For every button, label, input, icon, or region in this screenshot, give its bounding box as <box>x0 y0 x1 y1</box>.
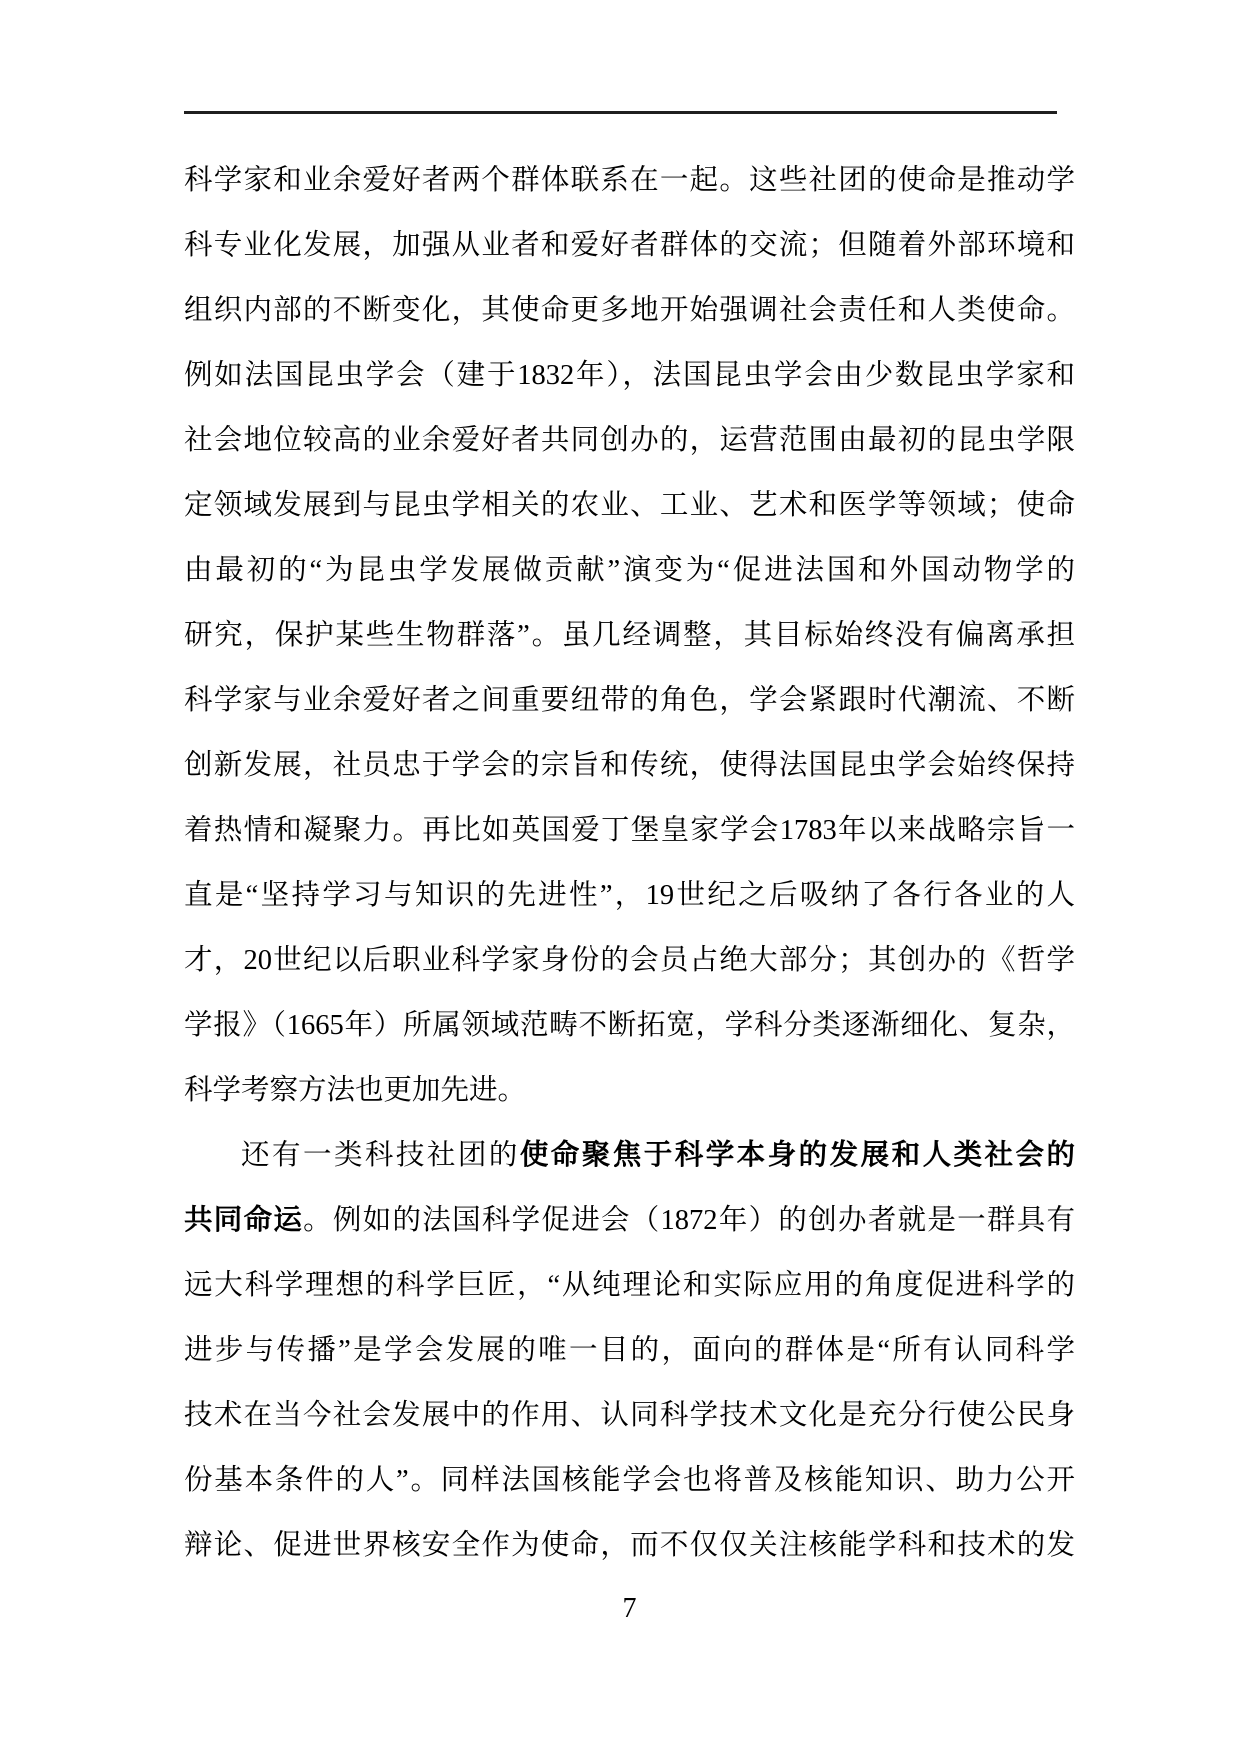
text-run: 学报》（1665年）所属领域范畴不断拓宽，学科分类逐渐细化、复杂， <box>184 1010 1075 1041</box>
text-line: 才，20世纪以后职业科学家身份的会员占绝大部分；其创办的《哲学 <box>184 928 1075 993</box>
text-line: 定领域发展到与昆虫学相关的农业、工业、艺术和医学等领域；使命 <box>184 473 1075 538</box>
text-line: 研究，保护某些生物群落”。虽几经调整，其目标始终没有偏离承担 <box>184 603 1075 668</box>
text-run: 进步与传播”是学会发展的唯一目的，面向的群体是“所有认同科学 <box>184 1335 1075 1366</box>
document-page: 科学家和业余爱好者两个群体联系在一起。这些社团的使命是推动学科专业化发展，加强从… <box>0 0 1240 1753</box>
text-line: 学报》（1665年）所属领域范畴不断拓宽，学科分类逐渐细化、复杂， <box>184 993 1075 1058</box>
text-run: 技术在当今社会发展中的作用、认同科学技术文化是充分行使公民身 <box>184 1400 1075 1431</box>
text-line: 份基本条件的人”。同样法国核能学会也将普及核能知识、助力公开 <box>184 1448 1075 1513</box>
page-number: 7 <box>623 1592 637 1626</box>
text-line: 由最初的“为昆虫学发展做贡献”演变为“促进法国和外国动物学的 <box>184 538 1075 603</box>
text-line: 共同命运。例如的法国科学促进会（1872年）的创办者就是一群具有 <box>184 1188 1075 1253</box>
text-line: 创新发展，社员忠于学会的宗旨和传统，使得法国昆虫学会始终保持 <box>184 733 1075 798</box>
text-run: 社会地位较高的业余爱好者共同创办的，运营范围由最初的昆虫学限 <box>184 425 1075 456</box>
text-run: 科学家与业余爱好者之间重要纽带的角色，学会紧跟时代潮流、不断 <box>184 685 1075 716</box>
text-run: 由最初的“为昆虫学发展做贡献”演变为“促进法国和外国动物学的 <box>184 555 1075 586</box>
text-run: 创新发展，社员忠于学会的宗旨和传统，使得法国昆虫学会始终保持 <box>184 750 1075 781</box>
text-run: 远大科学理想的科学巨匠，“从纯理论和实际应用的角度促进科学的 <box>184 1270 1075 1301</box>
text-line: 科学家与业余爱好者之间重要纽带的角色，学会紧跟时代潮流、不断 <box>184 668 1075 733</box>
text-line: 科专业化发展，加强从业者和爱好者群体的交流；但随着外部环境和 <box>184 213 1075 278</box>
text-line: 直是“坚持学习与知识的先进性”，19世纪之后吸纳了各行各业的人 <box>184 863 1075 928</box>
text-line: 科学考察方法也更加先进。 <box>184 1058 1075 1123</box>
text-run: 直是“坚持学习与知识的先进性”，19世纪之后吸纳了各行各业的人 <box>184 880 1075 911</box>
text-run: 才，20世纪以后职业科学家身份的会员占绝大部分；其创办的《哲学 <box>184 945 1075 976</box>
text-run: 着热情和凝聚力。再比如英国爱丁堡皇家学会1783年以来战略宗旨一 <box>184 815 1075 846</box>
text-line: 进步与传播”是学会发展的唯一目的，面向的群体是“所有认同科学 <box>184 1318 1075 1383</box>
body-text: 科学家和业余爱好者两个群体联系在一起。这些社团的使命是推动学科专业化发展，加强从… <box>184 148 1075 1578</box>
text-line: 远大科学理想的科学巨匠，“从纯理论和实际应用的角度促进科学的 <box>184 1253 1075 1318</box>
text-line: 技术在当今社会发展中的作用、认同科学技术文化是充分行使公民身 <box>184 1383 1075 1448</box>
text-run: 研究，保护某些生物群落”。虽几经调整，其目标始终没有偏离承担 <box>184 620 1075 651</box>
bold-text-run: 共同命运 <box>184 1205 303 1236</box>
text-line: 组织内部的不断变化，其使命更多地开始强调社会责任和人类使命。 <box>184 278 1075 343</box>
bold-text-run: 使命聚焦于科学本身的发展和人类社会的 <box>520 1140 1075 1171</box>
text-line: 社会地位较高的业余爱好者共同创办的，运营范围由最初的昆虫学限 <box>184 408 1075 473</box>
text-run: 还有一类科技社团的 <box>241 1140 520 1171</box>
text-run: 组织内部的不断变化，其使命更多地开始强调社会责任和人类使命。 <box>184 295 1075 326</box>
text-run: 定领域发展到与昆虫学相关的农业、工业、艺术和医学等领域；使命 <box>184 490 1075 521</box>
text-run: 辩论、促进世界核安全作为使命，而不仅仅关注核能学科和技术的发 <box>184 1530 1075 1561</box>
text-run: 科专业化发展，加强从业者和爱好者群体的交流；但随着外部环境和 <box>184 230 1075 261</box>
text-run: 科学考察方法也更加先进。 <box>184 1075 526 1106</box>
text-line: 辩论、促进世界核安全作为使命，而不仅仅关注核能学科和技术的发 <box>184 1513 1075 1578</box>
text-line: 着热情和凝聚力。再比如英国爱丁堡皇家学会1783年以来战略宗旨一 <box>184 798 1075 863</box>
text-run: 例如法国昆虫学会（建于1832年），法国昆虫学会由少数昆虫学家和 <box>184 360 1075 391</box>
header-rule <box>184 111 1057 114</box>
text-line: 还有一类科技社团的使命聚焦于科学本身的发展和人类社会的 <box>184 1123 1075 1188</box>
text-line: 科学家和业余爱好者两个群体联系在一起。这些社团的使命是推动学 <box>184 148 1075 213</box>
text-run: 份基本条件的人”。同样法国核能学会也将普及核能知识、助力公开 <box>184 1465 1075 1496</box>
page-footer: 7 <box>184 1592 1075 1626</box>
text-run: 。例如的法国科学促进会（1872年）的创办者就是一群具有 <box>303 1205 1075 1236</box>
text-run: 科学家和业余爱好者两个群体联系在一起。这些社团的使命是推动学 <box>184 165 1075 196</box>
text-line: 例如法国昆虫学会（建于1832年），法国昆虫学会由少数昆虫学家和 <box>184 343 1075 408</box>
